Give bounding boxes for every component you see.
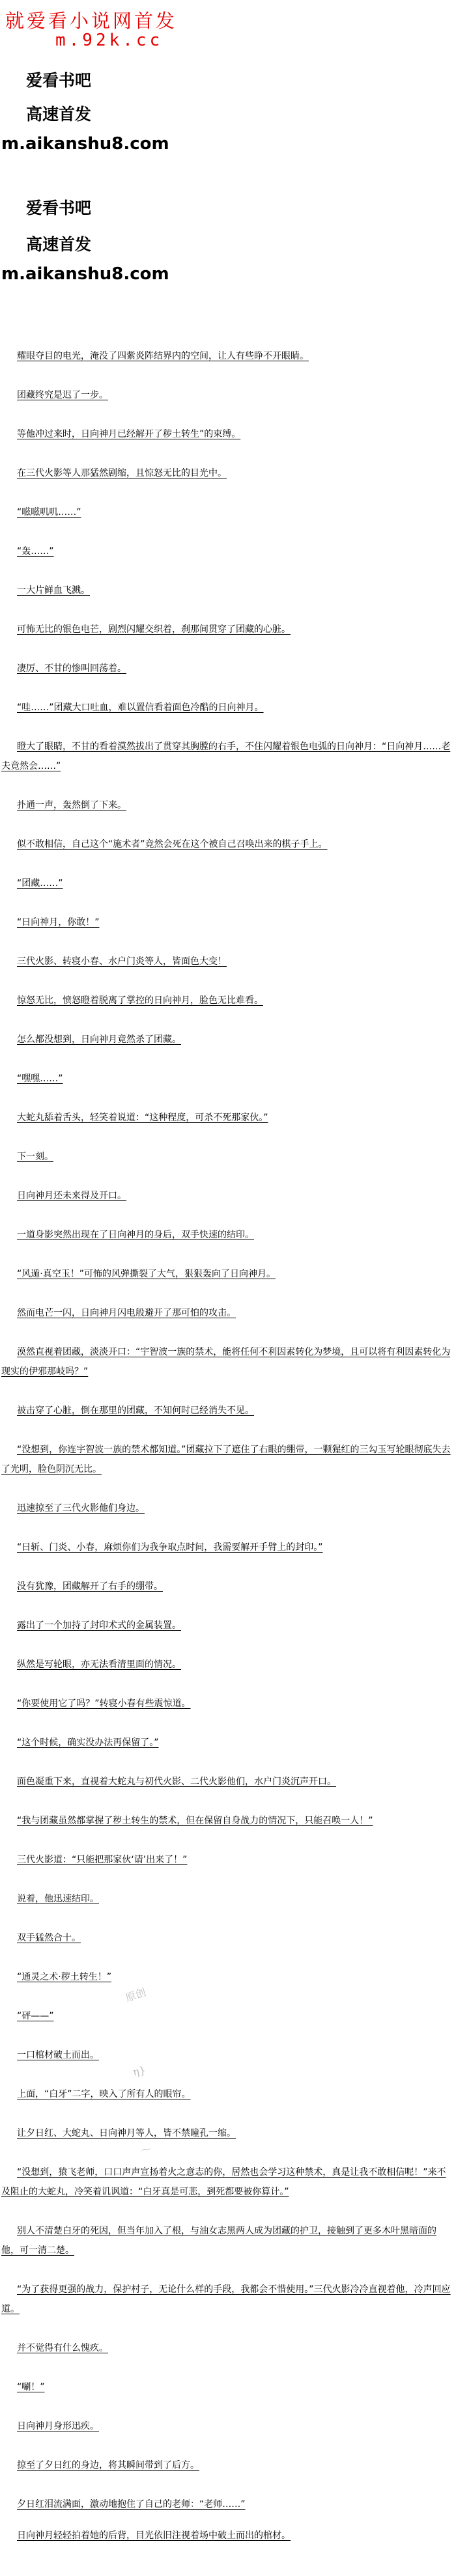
site-watermark-title: 就爱看小说网首发	[5, 7, 177, 33]
paragraph: 双手猛然合十。	[1, 1928, 454, 1948]
paragraph: 耀眼夺目的电光，淹没了四紫炎阵结界内的空间，让人有些睁不开眼睛。	[1, 346, 454, 366]
paragraph: “我与团藏虽然都掌握了秽土转生的禁术，但在保留自身战力的情况下，只能召唤一人！”	[1, 1811, 454, 1831]
paragraph: 大蛇丸舔着舌头，轻笑着说道：“这种程度，可杀不死那家伙。”	[1, 1108, 454, 1128]
paragraph: “嘿嘿……”	[1, 1069, 454, 1088]
paragraph: 怎么都没想到，日向神月竟然杀了团藏。	[1, 1030, 454, 1049]
paragraph: “风遁·真空玉！”可怖的风弹撕裂了大气，狠狠轰向了日向神月。	[1, 1264, 454, 1284]
paragraph: 日向神月还未来得及开口。	[1, 1186, 454, 1206]
paragraph: 凄厉、不甘的惨叫回荡着。	[1, 659, 454, 678]
novel-reader-page: 就爱看小说网首发 m.92k.cc 爱看书吧 高速首发 m.aikanshu8.…	[0, 0, 456, 2576]
paragraph: 三代火影、转寝小春、水户门炎等人，皆面色大变！	[1, 952, 454, 971]
paragraph: “嗞嗞叽叽……”	[1, 503, 454, 522]
paragraph: 似不敢相信，自己这个“施术者”竟然会死在这个被自己召唤出来的棋子手上。	[1, 835, 454, 854]
paragraph: “为了获得更强的战力，保护村子，无论什么样的手段，我都会不惜使用。”三代火影冷冷…	[1, 2280, 454, 2319]
paragraph: 等他冲过来时，日向神月已经解开了秽土转生”的束缚。	[1, 424, 454, 444]
paragraph: “团藏……”	[1, 874, 454, 893]
paragraph: “哇……”团藏大口吐血，难以置信看着面色冷酷的日向神月。	[1, 698, 454, 717]
paragraph: 别人不清楚白牙的死因，但当年加入了根，与油女志黑两人成为团藏的护卫，接触到了更多…	[1, 2221, 454, 2260]
paragraph: 团藏终究是迟了一步。	[1, 385, 454, 405]
paragraph: “你要使用它了吗？”转寝小春有些震惊道。	[1, 1694, 454, 1713]
paragraph: 扑通一声，轰然倒了下来。	[1, 796, 454, 815]
paragraph: 日向神月轻轻拍着她的后背，目光依旧注视着场中破土而出的棺材。	[1, 2526, 454, 2545]
paragraph: 瞪大了眼睛，不甘的看着漠然拔出了贯穿其胸膛的右手，不住闪耀着银色电弧的日向神月：…	[1, 737, 454, 776]
paragraph: 惊怒无比，愤怒瞪着脱离了掌控的日向神月，脸色无比难看。	[1, 991, 454, 1010]
paragraph: “没想到，猿飞老师，口口声声宣扬着火之意志的你，居然也会学习这种禁术，真是让我不…	[1, 2163, 454, 2202]
promo-site-url-repeat: m.aikanshu8.com	[1, 264, 169, 284]
site-watermark-url: m.92k.cc	[55, 31, 163, 50]
paragraph: 下一刻。	[1, 1147, 454, 1167]
paragraph: 可怖无比的银色电芒，剧烈闪耀交织着，刹那间贯穿了团藏的心脏。	[1, 620, 454, 639]
paragraph: “日向神月，你敢！”	[1, 913, 454, 932]
paragraph: 夕日红泪流满面，激动地抱住了自己的老师：“老师……”	[1, 2495, 454, 2514]
promo-site-tagline: 高速首发	[26, 102, 91, 125]
paragraph: 一口棺材破土而出。	[1, 2045, 454, 2065]
paragraph: 让夕日红、大蛇丸、日向神月等人，皆不禁瞳孔一缩。	[1, 2124, 454, 2143]
paragraph: 在三代火影等人那猛然剧缩，且惊怒无比的目光中。	[1, 464, 454, 483]
paragraph: 漠然直视着团藏，淡淡开口：“宇智波一族的禁术，能将任何不利因素转化为梦境，且可以…	[1, 1342, 454, 1381]
paragraph: 三代火影道：“只能把那家伙‘请’出来了！”	[1, 1850, 454, 1870]
promo-site-name: 爱看书吧	[26, 68, 91, 91]
paragraph: “唰！”	[1, 2377, 454, 2397]
paragraph: 一道身影突然出现在了日向神月的身后，双手快速的结印。	[1, 1225, 454, 1245]
promo-site-name-repeat: 爱看书吧	[26, 195, 91, 219]
paragraph: “砰——”	[1, 2006, 454, 2026]
chapter-body: 耀眼夺目的电光，淹没了四紫炎阵结界内的空间，让人有些睁不开眼睛。团藏终究是迟了一…	[1, 346, 454, 2565]
paragraph: “这个时候，确实没办法再保留了。”	[1, 1733, 454, 1752]
paragraph: 面色凝重下来，直视着大蛇丸与初代火影、二代火影他们，水户门炎沉声开口。	[1, 1772, 454, 1792]
paragraph: 被击穿了心脏，倒在那里的团藏，不知何时已经消失不见。	[1, 1401, 454, 1420]
paragraph: 纵然是写轮眼，亦无法看清里面的情况。	[1, 1655, 454, 1674]
paragraph: “没想到，你连宇智波一族的禁术都知道。”团藏拉下了遮住了右眼的绷带，一颗猩红的三…	[1, 1440, 454, 1479]
paragraph: 然而电芒一闪，日向神月闪电般避开了那可怕的攻击。	[1, 1303, 454, 1323]
paragraph: “轰……”	[1, 542, 454, 561]
paragraph: “日斩、门炎、小春，麻烦你们为我争取点时间，我需要解开手臂上的封印。”	[1, 1538, 454, 1557]
paragraph: 说着，他迅速结印。	[1, 1889, 454, 1909]
paragraph: 并不觉得有什么愧疚。	[1, 2338, 454, 2358]
paragraph: 迅速掠至了三代火影他们身边。	[1, 1499, 454, 1518]
paragraph: 掠至了夕日红的身边，将其瞬间带到了后方。	[1, 2456, 454, 2475]
promo-site-tagline-repeat: 高速首发	[26, 232, 91, 255]
paragraph: 上面，“白牙”二字，映入了所有人的眼帘。	[1, 2084, 454, 2104]
paragraph: “通灵之术·秽土转生！”	[1, 1967, 454, 1987]
paragraph: 露出了一个加持了封印术式的金属装置。	[1, 1616, 454, 1635]
paragraph: 没有犹豫，团藏解开了右手的绷带。	[1, 1577, 454, 1596]
paragraph: 日向神月身形迅疾。	[1, 2417, 454, 2436]
paragraph: 一大片鲜血飞溅。	[1, 581, 454, 600]
promo-site-url: m.aikanshu8.com	[1, 134, 169, 154]
